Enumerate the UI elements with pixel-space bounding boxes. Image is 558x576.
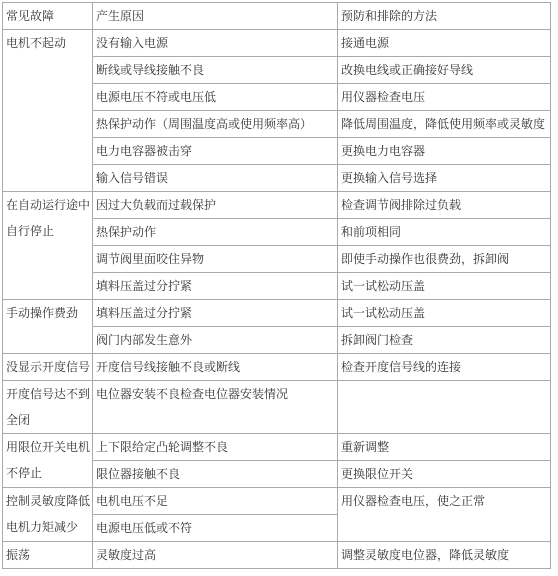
remedy-cell: 试一试松动压盖 [338,273,551,300]
cause-cell: 电力电容器被击穿 [93,138,338,165]
cause-cell: 没有输入电源 [93,30,338,57]
cause-cell: 限位器接触不良 [93,461,338,488]
table-row: 振荡 灵敏度过高 调整灵敏度电位器，降低灵敏度 [3,542,551,569]
remedy-cell: 降低周围温度，降低使用频率或灵敏度 [338,111,551,138]
cause-cell: 热保护动作（周围温度高或使用频率高） [93,111,338,138]
table-row: 没显示开度信号 开度信号线接触不良或断线 检查开度信号线的连接 [3,354,551,381]
fault-cell: 开度信号达不到 全闭 [3,381,93,434]
cause-cell: 断线或导线接触不良 [93,57,338,84]
header-row: 常见故障 产生原因 预防和排除的方法 [3,3,551,30]
remedy-cell: 改换电线或正确接好导线 [338,57,551,84]
remedy-cell: 和前项相同 [338,219,551,246]
table-row: 电机不起动 没有输入电源 接通电源 [3,30,551,57]
remedy-cell: 试一试松动压盖 [338,300,551,327]
cause-cell: 电源电压不符或电压低 [93,84,338,111]
cause-cell: 电源电压低或不符 [93,515,338,542]
table-row: 手动操作费劲 填料压盖过分拧紧 试一试松动压盖 [3,300,551,327]
header-fault: 常见故障 [3,3,93,30]
fault-troubleshooting-table: 常见故障 产生原因 预防和排除的方法 电机不起动 没有输入电源 接通电源 断线或… [2,2,551,569]
header-cause: 产生原因 [93,3,338,30]
fault-cell: 控制灵敏度降低 电机力矩减少 [3,488,93,542]
cause-cell: 开度信号线接触不良或断线 [93,354,338,381]
remedy-cell: 接通电源 [338,30,551,57]
fault-cell: 在自动运行途中 自行停止 [3,192,93,300]
table-row: 用限位开关电机 不停止 上下限给定凸轮调整不良 重新调整 [3,434,551,461]
cause-cell: 阀门内部发生意外 [93,327,338,354]
cause-cell: 调节阀里面咬住异物 [93,246,338,273]
cause-cell: 上下限给定凸轮调整不良 [93,434,338,461]
remedy-cell: 调整灵敏度电位器，降低灵敏度 [338,542,551,569]
cause-cell: 电机电压不足 [93,488,338,515]
fault-cell: 用限位开关电机 不停止 [3,434,93,488]
cause-cell: 因过大负载而过载保护 [93,192,338,219]
remedy-cell: 更换限位开关 [338,461,551,488]
remedy-cell: 用仪器检查电压，使之正常 [338,488,551,542]
remedy-cell: 拆卸阀门检查 [338,327,551,354]
cause-cell: 灵敏度过高 [93,542,338,569]
remedy-cell: 即使手动操作也很费劲，拆卸阀 [338,246,551,273]
remedy-cell: 检查开度信号线的连接 [338,354,551,381]
remedy-cell: 用仪器检查电压 [338,84,551,111]
fault-cell: 手动操作费劲 [3,300,93,354]
fault-cell: 没显示开度信号 [3,354,93,381]
remedy-cell: 更换输入信号选择 [338,165,551,192]
cause-cell: 电位器安装不良检查电位器安装情况 [93,381,338,434]
remedy-cell: 更换电力电容器 [338,138,551,165]
cause-cell: 热保护动作 [93,219,338,246]
cause-cell: 填料压盖过分拧紧 [93,300,338,327]
remedy-cell [338,381,551,434]
table-row: 在自动运行途中 自行停止 因过大负载而过载保护 检查调节阀排除过负载 [3,192,551,219]
table-row: 控制灵敏度降低 电机力矩减少 电机电压不足 用仪器检查电压，使之正常 [3,488,551,515]
header-remedy: 预防和排除的方法 [338,3,551,30]
table-row: 开度信号达不到 全闭 电位器安装不良检查电位器安装情况 [3,381,551,434]
fault-cell: 电机不起动 [3,30,93,192]
remedy-cell: 检查调节阀排除过负载 [338,192,551,219]
fault-cell: 振荡 [3,542,93,569]
cause-cell: 输入信号错误 [93,165,338,192]
cause-cell: 填料压盖过分拧紧 [93,273,338,300]
remedy-cell: 重新调整 [338,434,551,461]
